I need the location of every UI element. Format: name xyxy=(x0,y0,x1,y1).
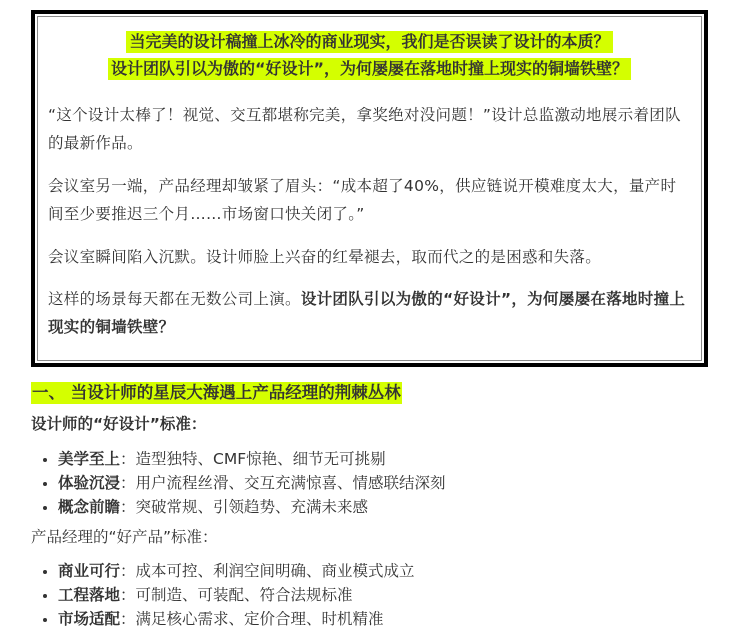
intro-title: 当完美的设计稿撞上冰冷的商业现实，我们是否误读了设计的本质？ 设计团队引以为傲的… xyxy=(38,31,701,85)
item-desc: ：成本可控、利润空间明确、商业模式成立 xyxy=(120,562,415,580)
intro-paragraph-1: “这个设计太棒了！视觉、交互都堪称完美，拿奖绝对没问题！”设计总监激动地展示着团… xyxy=(48,101,688,157)
item-term: 概念前瞻 xyxy=(58,498,120,516)
list-item: 概念前瞻：突破常规、引领趋势、充满未来感 xyxy=(58,495,446,519)
list-item: 市场适配：满足核心需求、定价合理、时机精准 xyxy=(58,607,415,631)
intro-title-line-2: 设计团队引以为傲的“好设计”，为何屡屡在落地时撞上现实的铜墙铁壁？ xyxy=(108,58,631,80)
item-desc: ：突破常规、引领趋势、充满未来感 xyxy=(120,498,368,516)
item-term: 工程落地 xyxy=(58,586,120,604)
intro-paragraph-4: 这样的场景每天都在无数公司上演。设计团队引以为傲的“好设计”，为何屡屡在落地时撞… xyxy=(48,285,688,341)
item-term: 商业可行 xyxy=(58,562,120,580)
intro-title-line-1: 当完美的设计稿撞上冰冷的商业现实，我们是否误读了设计的本质？ xyxy=(126,31,612,53)
pm-standard-label: 产品经理的“好产品”标准： xyxy=(31,526,218,548)
list-item: 商业可行：成本可控、利润空间明确、商业模式成立 xyxy=(58,559,415,583)
list-item: 美学至上：造型独特、CMF惊艳、细节无可挑剔 xyxy=(58,447,446,471)
intro-paragraph-2: 会议室另一端，产品经理却皱紧了眉头：“成本超了40%，供应链说开模难度太大，量产… xyxy=(48,172,688,228)
designer-standard-list: 美学至上：造型独特、CMF惊艳、细节无可挑剔 体验沉浸：用户流程丝滑、交互充满惊… xyxy=(31,447,446,519)
designer-standard-label: 设计师的“好设计”标准： xyxy=(31,413,206,435)
item-desc: ：可制造、可装配、符合法规标准 xyxy=(120,586,353,604)
section-heading: 一、 当设计师的星辰大海遇上产品经理的荆棘丛林 xyxy=(31,382,402,404)
item-term: 市场适配 xyxy=(58,610,120,628)
item-desc: ：用户流程丝滑、交互充满惊喜、情感联结深刻 xyxy=(120,474,446,492)
intro-paragraph-4-normal: 这样的场景每天都在无数公司上演。 xyxy=(48,290,301,308)
intro-box: 当完美的设计稿撞上冰冷的商业现实，我们是否误读了设计的本质？ 设计团队引以为傲的… xyxy=(31,10,708,367)
intro-box-inner-border: 当完美的设计稿撞上冰冷的商业现实，我们是否误读了设计的本质？ 设计团队引以为傲的… xyxy=(37,16,702,361)
list-item: 工程落地：可制造、可装配、符合法规标准 xyxy=(58,583,415,607)
list-item: 体验沉浸：用户流程丝滑、交互充满惊喜、情感联结深刻 xyxy=(58,471,446,495)
item-desc: ：造型独特、CMF惊艳、细节无可挑剔 xyxy=(120,450,386,468)
item-desc: ：满足核心需求、定价合理、时机精准 xyxy=(120,610,384,628)
item-term: 美学至上 xyxy=(58,450,120,468)
item-term: 体验沉浸 xyxy=(58,474,120,492)
intro-paragraph-3: 会议室瞬间陷入沉默。设计师脸上兴奋的红晕褪去，取而代之的是困惑和失落。 xyxy=(48,243,688,271)
pm-standard-list: 商业可行：成本可控、利润空间明确、商业模式成立 工程落地：可制造、可装配、符合法… xyxy=(31,559,415,631)
